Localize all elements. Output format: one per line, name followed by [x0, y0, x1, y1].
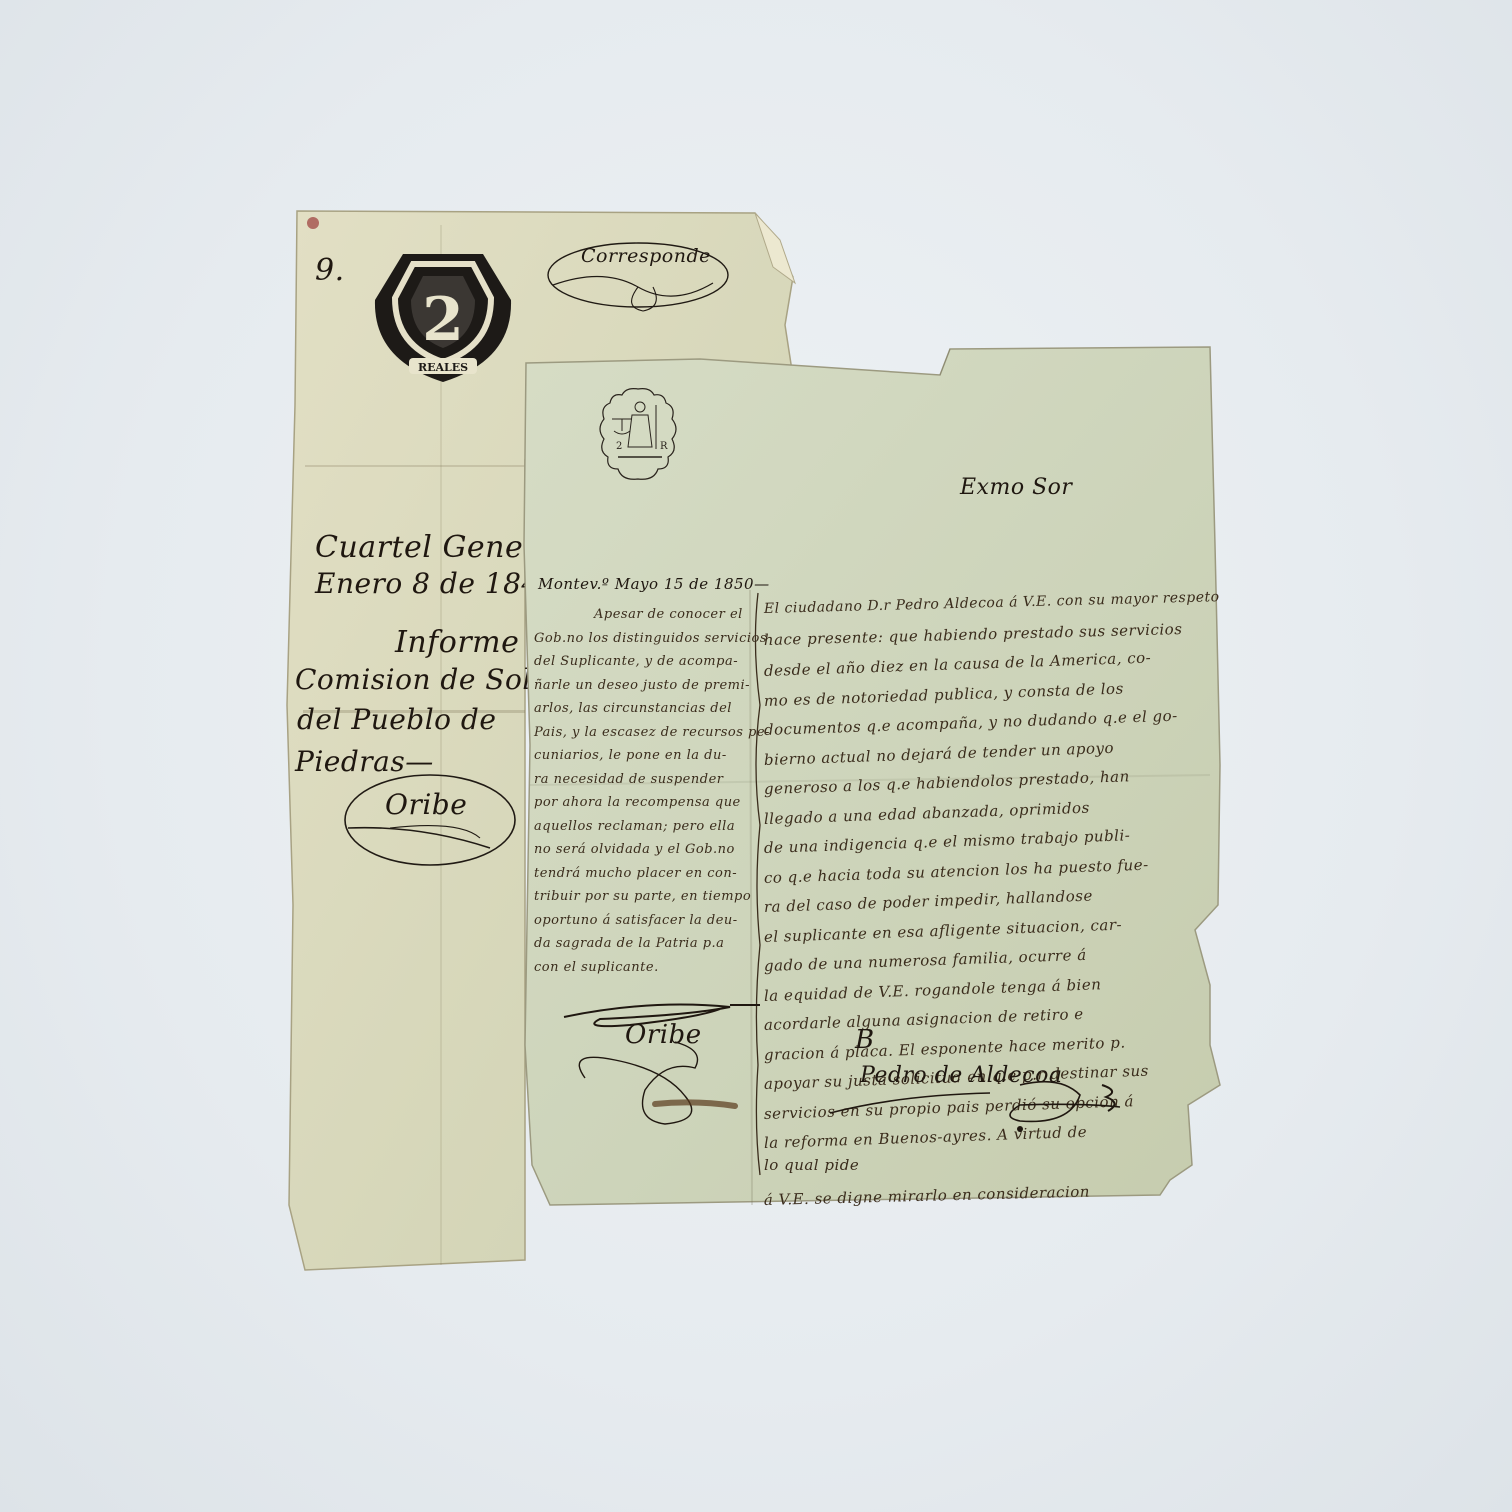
signature-back-name: Oribe: [385, 788, 467, 821]
margin-line: tribuir por su parte, en tiempo: [534, 889, 756, 913]
salutation: Exmo Sor: [960, 475, 1072, 500]
signature-name: Pedro de Aldecoa: [860, 1063, 1062, 1088]
margin-line: cuniarios, le pone en la du-: [534, 748, 756, 772]
signature-back: Oribe: [340, 770, 520, 870]
stamp-value: 2: [422, 285, 464, 355]
margin-line: da sagrada de la Patria p.a: [534, 936, 756, 960]
stamp-label: REALES: [418, 361, 468, 374]
body-line-3: del Pueblo de: [297, 703, 496, 736]
folio-number: 9.: [315, 253, 345, 288]
side-signature: Oribe: [555, 1020, 755, 1140]
margin-line: del Suplicante, y de acompa-: [534, 654, 756, 678]
body-line: á V.E. se digne mirarlo en consideracion: [764, 1179, 1225, 1221]
justice-seal-suffix: R: [660, 441, 668, 452]
justice-seal-value: 2: [616, 441, 622, 452]
margin-line: por ahora la recompensa que: [534, 795, 756, 819]
side-signature-name: Oribe: [625, 1020, 702, 1050]
margin-line: oportuno á satisfacer la deu-: [534, 913, 756, 937]
margin-date-line: Montev.º Mayo 15 de 1850—: [538, 575, 770, 593]
margin-line: no será olvidada y el Gob.no: [534, 842, 756, 866]
margin-line: aquellos reclaman; pero ella: [534, 819, 756, 843]
margin-line: ñarle un deseo justo de premi-: [534, 678, 756, 702]
correspondence-flourish: Corresponde: [543, 237, 733, 317]
justice-seal-icon: 2 R: [598, 385, 678, 485]
signature-initial: B: [855, 1025, 875, 1055]
correspondence-label: Corresponde: [581, 245, 711, 267]
document-front: 2 R Exmo Sor Montev.º Mayo 15 de 1850— A…: [520, 345, 1230, 1210]
margin-line: arlos, las circunstancias del: [534, 701, 756, 725]
tax-seal-icon: 2 REALES: [373, 250, 513, 385]
margin-note: Apesar de conocer el Gob.no los distingu…: [534, 607, 756, 983]
margin-line: Gob.no los distinguidos servicios: [534, 631, 756, 655]
main-signature: B Pedro de Aldecoa: [820, 1025, 1140, 1135]
margin-line: con el suplicante.: [534, 960, 756, 984]
margin-line: ra necesidad de suspender: [534, 772, 756, 796]
margin-line: tendrá mucho placer en con-: [534, 866, 756, 890]
margin-line: Pais, y la escasez de recursos pe-: [534, 725, 756, 749]
